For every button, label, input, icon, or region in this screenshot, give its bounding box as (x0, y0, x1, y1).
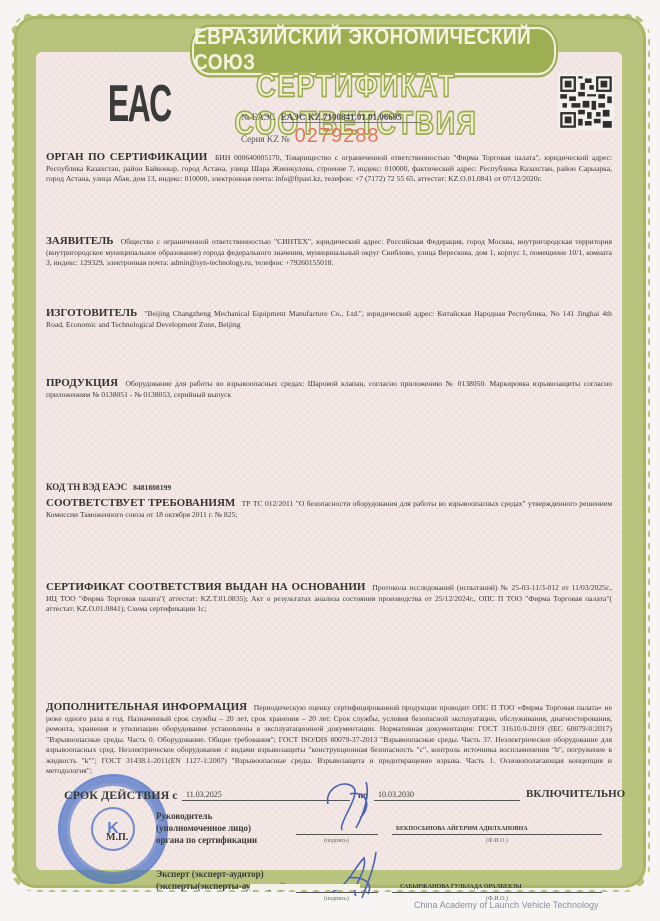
section-additional-info: ДОПОЛНИТЕЛЬНАЯ ИНФОРМАЦИЯ Периодическую … (46, 702, 612, 777)
hs-code-value: 8481808199 (133, 483, 171, 492)
head-signature-caption: (подпись) (324, 838, 349, 844)
validity-to-line (374, 800, 520, 801)
series-label: Серия KZ № (241, 134, 290, 144)
manufacturer-heading: ИЗГОТОВИТЕЛЬ (46, 307, 137, 319)
watermark-text: China Academy of Launch Vehicle Technolo… (414, 900, 598, 910)
section-manufacturer: ИЗГОТОВИТЕЛЬ "Beijing Changzheng Mechani… (46, 308, 612, 330)
validity-heading: СРОК ДЕЙСТВИЯ с (64, 788, 178, 803)
head-role: Руководитель (уполномоченное лицо) орган… (156, 810, 257, 846)
seal-label: М.П. (106, 832, 128, 843)
head-name: БЕКПОСЫНОВА АЙГЕРИМ АДИЛХАНОВНА (396, 826, 528, 832)
additional-info-heading: ДОПОЛНИТЕЛЬНАЯ ИНФОРМАЦИЯ (46, 701, 247, 713)
seal-emblem-icon: K (91, 807, 135, 851)
series-number: 0279288 (295, 125, 380, 148)
applicant-text: Общество с ограниченной ответственностью… (46, 237, 612, 267)
validity-inclusive: ВКЛЮЧИТЕЛЬНО (526, 788, 625, 800)
eac-mark-icon: EAC (108, 75, 171, 134)
eaeu-number-label: № ЕАЭС (241, 112, 276, 122)
section-product: ПРОДУКЦИЯ Оборудование для работы во взр… (46, 378, 612, 400)
expert-name: САБЫРЖАНОВА ГУЛЬЗАДА ОРАЛБЕКЗЫ (400, 884, 522, 890)
expert-name-line (392, 892, 602, 893)
applicant-heading: ЗАЯВИТЕЛЬ (46, 235, 114, 247)
head-signature-icon (320, 774, 384, 836)
validity-from: 11.03.2025 (186, 790, 222, 799)
certificate-frame: ЕВРАЗИЙСКИЙ ЭКОНОМИЧЕСКИЙ СОЮЗ СЕРТИФИКА… (14, 16, 646, 888)
qr-code-icon (558, 74, 614, 130)
head-name-line (392, 834, 602, 835)
head-name-caption: (Ф.И.О.) (486, 838, 508, 844)
certificate-numbers: № ЕАЭС ЕАЭС KZ.7100841.01.01.06695 Серия… (241, 112, 422, 150)
expert-signature-icon (328, 848, 388, 902)
footer-strip (250, 884, 360, 890)
section-requirements: СООТВЕТСТВУЕТ ТРЕБОВАНИЯМ ТР ТС 012/2011… (46, 498, 612, 520)
requirements-heading: СООТВЕТСТВУЕТ ТРЕБОВАНИЯМ (46, 497, 235, 509)
certification-body-heading: ОРГАН ПО СЕРТИФИКАЦИИ (46, 151, 207, 163)
section-basis: СЕРТИФИКАТ СООТВЕТСТВИЯ ВЫДАН НА ОСНОВАН… (46, 582, 612, 615)
product-heading: ПРОДУКЦИЯ (46, 377, 118, 389)
section-certification-body: ОРГАН ПО СЕРТИФИКАЦИИ БИН 000640005170, … (46, 152, 612, 185)
hs-code-heading: КОД ТН ВЭД ЕАЭС (46, 482, 127, 492)
additional-info-text: Периодическую оценку сертифицированной п… (46, 703, 612, 775)
eaeu-number-value: ЕАЭС KZ.7100841.01.01.06695 (281, 112, 422, 123)
product-text: Оборудование для работы во взрывоопасных… (46, 379, 612, 399)
basis-heading: СЕРТИФИКАТ СООТВЕТСТВИЯ ВЫДАН НА ОСНОВАН… (46, 581, 365, 593)
section-hs-code: КОД ТН ВЭД ЕАЭС 8481808199 (46, 482, 612, 494)
certificate-paper: ЕВРАЗИЙСКИЙ ЭКОНОМИЧЕСКИЙ СОЮЗ СЕРТИФИКА… (36, 52, 622, 870)
section-applicant: ЗАЯВИТЕЛЬ Общество с ограниченной ответс… (46, 236, 612, 269)
